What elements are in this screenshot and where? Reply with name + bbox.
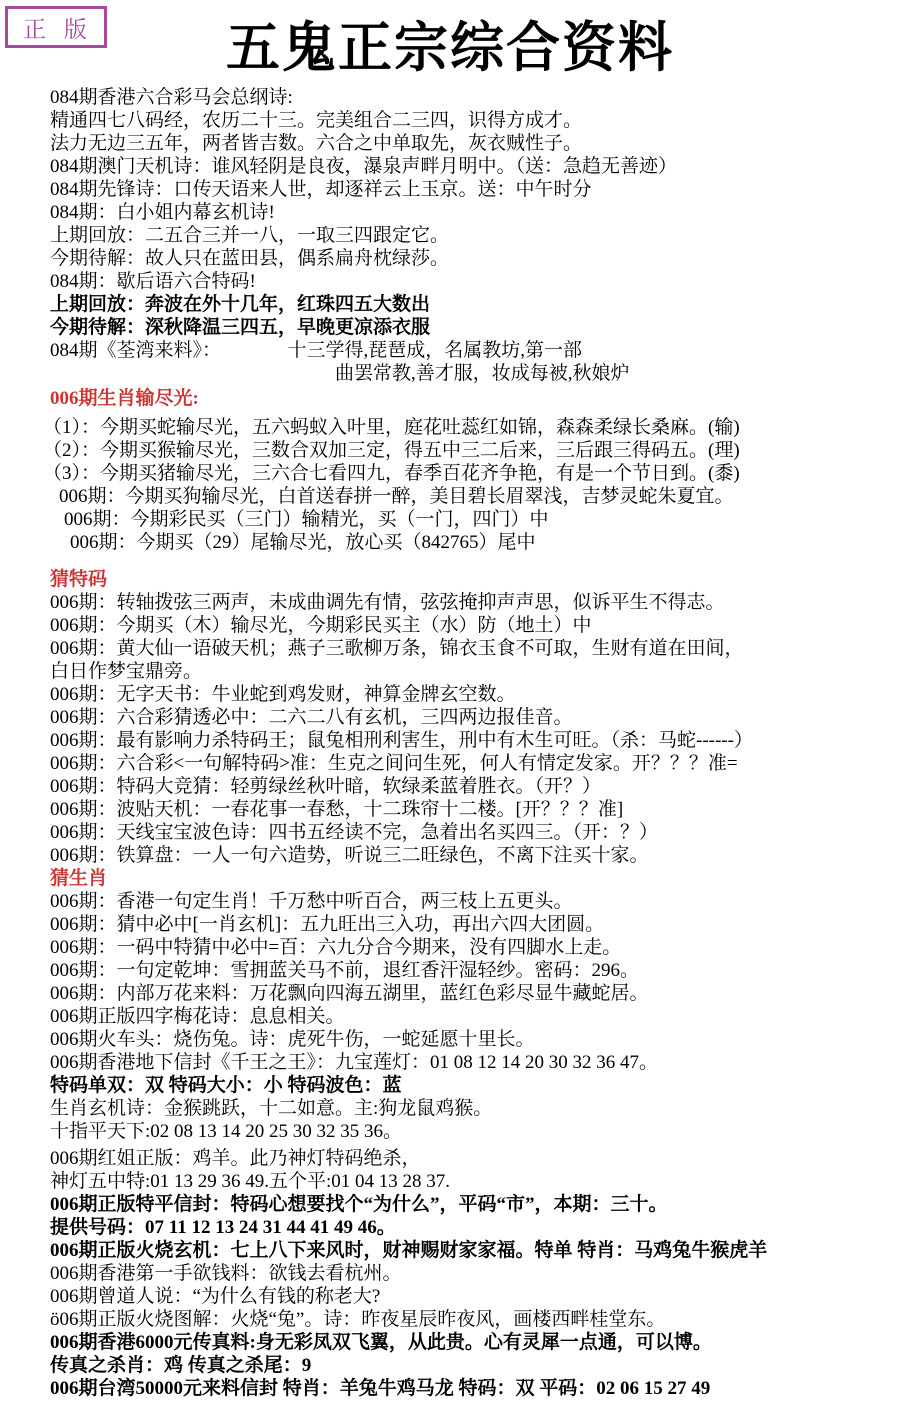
- text-line: 上期回放：二五合三并一八，一取三四跟定它。: [50, 224, 898, 247]
- text-line: 特码单双：双 特码大小：小 特码波色：蓝: [50, 1074, 898, 1097]
- text-line: 084期《荃湾来料》： 十三学得,琵琶成，名属教坊,第一部: [50, 339, 898, 362]
- text-line: 006期正版火烧玄机：七上八下来风时，财神赐财家家福。特单 特肖：马鸡兔牛猴虎羊: [50, 1239, 898, 1262]
- text-line: 神灯五中特:01 13 29 36 49.五个平:01 04 13 28 37.: [50, 1170, 898, 1193]
- content-lines: 084期香港六合彩马会总纲诗:精通四七八码经，农历二十三。完美组合二三四，识得方…: [50, 86, 898, 1400]
- text-line: 006期：特码大竞猜：轻剪绿丝秋叶暗，软绿柔蓝着胜衣。（开？）: [50, 775, 898, 798]
- text-line: 传真之杀肖：鸡 传真之杀尾：9: [50, 1354, 898, 1377]
- text-line: ö06期正版火烧图解：火烧“兔”。诗：昨夜星辰昨夜风，画楼西畔桂堂东。: [50, 1308, 898, 1331]
- text-line: 法力无边三五年，两者皆吉数。六合之中单取先，灰衣贼性子。: [50, 132, 898, 155]
- authentic-badge-label: 正 版: [23, 11, 93, 44]
- text-line: 006期香港6000元传真料:身无彩凤双飞翼，从此贵。心有灵犀一点通，可以博。: [50, 1331, 898, 1354]
- text-line: 006期：今期买狗输尽光，白首送春拼一醉，美目碧长眉翠浅，吉梦灵蛇朱夏宜。: [59, 485, 898, 508]
- text-line: 006期台湾50000元来料信封 特肖：羊兔牛鸡马龙 特码：双 平码：02 06…: [50, 1377, 898, 1400]
- section-heading: 猜特码: [50, 568, 898, 591]
- text-line: 今期待解：故人只在蓝田县，偶系扁舟枕绿莎。: [50, 247, 898, 270]
- text-line: 生肖玄机诗：金猴跳跃，十二如意。主:狗龙鼠鸡猴。: [50, 1097, 898, 1120]
- text-line: 084期先锋诗：口传天语来人世，却逐祥云上玉京。送：中午时分: [50, 178, 898, 201]
- text-line: 006期：六合彩猜透必中：二六二八有玄机，三四两边报佳音。: [50, 706, 898, 729]
- text-line: （3）：今期买猪输尽光，三六合七看四九，春季百花齐争艳，有是一个节日到。(黍): [43, 462, 898, 485]
- section-heading: 006期生肖输尽光:: [50, 387, 898, 410]
- text-line: 084期香港六合彩马会总纲诗:: [50, 86, 898, 109]
- text-line: 006期曾道人说：“为什么有钱的称老大?: [50, 1285, 898, 1308]
- text-line: 006期：今期买（29）尾输尽光，放心买（842765）尾中: [70, 531, 898, 554]
- text-line: 006期：波贴天机：一春花事一春愁，十二珠帘十二楼。[开？？？准]: [50, 798, 898, 821]
- text-line: 006期火车头：烧伤兔。诗：虎死牛伤，一蛇延愿十里长。: [50, 1028, 898, 1051]
- page-title: 五鬼正宗综合资料: [0, 16, 900, 80]
- text-line: 006期：猜中必中[一肖玄机]：五九旺出三入功，再出六四大团圆。: [50, 913, 898, 936]
- text-line: 006期：天线宝宝波色诗：四书五经读不完，急着出名买四三。（开：？）: [50, 821, 898, 844]
- text-line: 006期：今期彩民买（三门）输精光，买（一门，四门）中: [64, 508, 898, 531]
- text-line: 上期回放：奔波在外十几年，红珠四五大数出: [50, 293, 898, 316]
- text-line: 084期澳门天机诗：谁风轻阴是良夜，瀑泉声畔月明中。（送：急趋无善迹）: [50, 155, 898, 178]
- text-line: 006期香港第一手欲钱料：欲钱去看杭州。: [50, 1262, 898, 1285]
- text-line: 十指平天下:02 08 13 14 20 25 30 32 35 36。: [50, 1120, 898, 1143]
- text-line: 006期：一句定乾坤：雪拥蓝关马不前，退红香汗湿轻纱。密码：296。: [50, 959, 898, 982]
- text-line: 今期待解：深秋降温三四五，早晚更凉添衣服: [50, 316, 898, 339]
- text-line: 006期：无字天书：牛业蛇到鸡发财，神算金牌玄空数。: [50, 683, 898, 706]
- text-line: 006期正版特平信封：特码心想要找个“为什么”，平码“市”，本期：三十。: [50, 1193, 898, 1216]
- text-line: 006期红姐正版：鸡羊。此乃神灯特码绝杀，: [50, 1147, 898, 1170]
- text-line: 精通四七八码经，农历二十三。完美组合二三四，识得方成才。: [50, 109, 898, 132]
- text-line: 006期：今期买（木）输尽光，今期彩民买主（水）防（地土）中: [50, 614, 898, 637]
- text-line: 084期：歇后语六合特码!: [50, 270, 898, 293]
- text-line: 084期：白小姐内幕玄机诗!: [50, 201, 898, 224]
- section-heading: 猜生肖: [50, 867, 898, 890]
- text-line: （2）：今期买猴输尽光，三数合双加三定，得五中三二后来，三后跟三得码五。(理): [43, 439, 898, 462]
- text-line: 006期香港地下信封《千王之王》：九宝莲灯：01 08 12 14 20 30 …: [50, 1051, 898, 1074]
- text-line: 曲罢常教,善才服，妆成每被,秋娘炉: [335, 362, 898, 385]
- text-line: 006期：铁算盘：一人一句六造势，听说三二旺绿色，不离下注买十家。: [50, 844, 898, 867]
- text-line: 白日作梦宝鼎旁。: [50, 660, 898, 683]
- text-line: 006期：内部万花来料：万花飘向四海五湖里，蓝红色彩尽显牛藏蛇居。: [50, 982, 898, 1005]
- text-line: 006期：六合彩<一句解特码>准：生克之间问生死，何人有情定发家。开？？？准=: [50, 752, 898, 775]
- text-line: 提供号码：07 11 12 13 24 31 44 41 49 46。: [50, 1216, 898, 1239]
- text-line: 006期正版四字梅花诗：息息相关。: [50, 1005, 898, 1028]
- text-line: （1）：今期买蛇输尽光，五六蚂蚁入叶里，庭花吐蕊红如锦，森森柔绿长桑麻。(输): [43, 416, 898, 439]
- text-line: 006期：香港一句定生肖！千万愁中听百合，两三枝上五更头。: [50, 890, 898, 913]
- text-line: 006期：黄大仙一语破天机；燕子三歌柳万条，锦衣玉食不可取，生财有道在田间，: [50, 637, 898, 660]
- authentic-badge: 正 版: [5, 6, 107, 48]
- text-line: 006期：一码中特猜中必中=百：六九分合今期来，没有四脚水上走。: [50, 936, 898, 959]
- text-line: 006期：转轴拨弦三两声，未成曲调先有情，弦弦掩抑声声思，似诉平生不得志。: [50, 591, 898, 614]
- text-line: 006期：最有影响力杀特码王；鼠兔相刑利害生，刑中有木生可旺。（杀：马蛇----…: [50, 729, 898, 752]
